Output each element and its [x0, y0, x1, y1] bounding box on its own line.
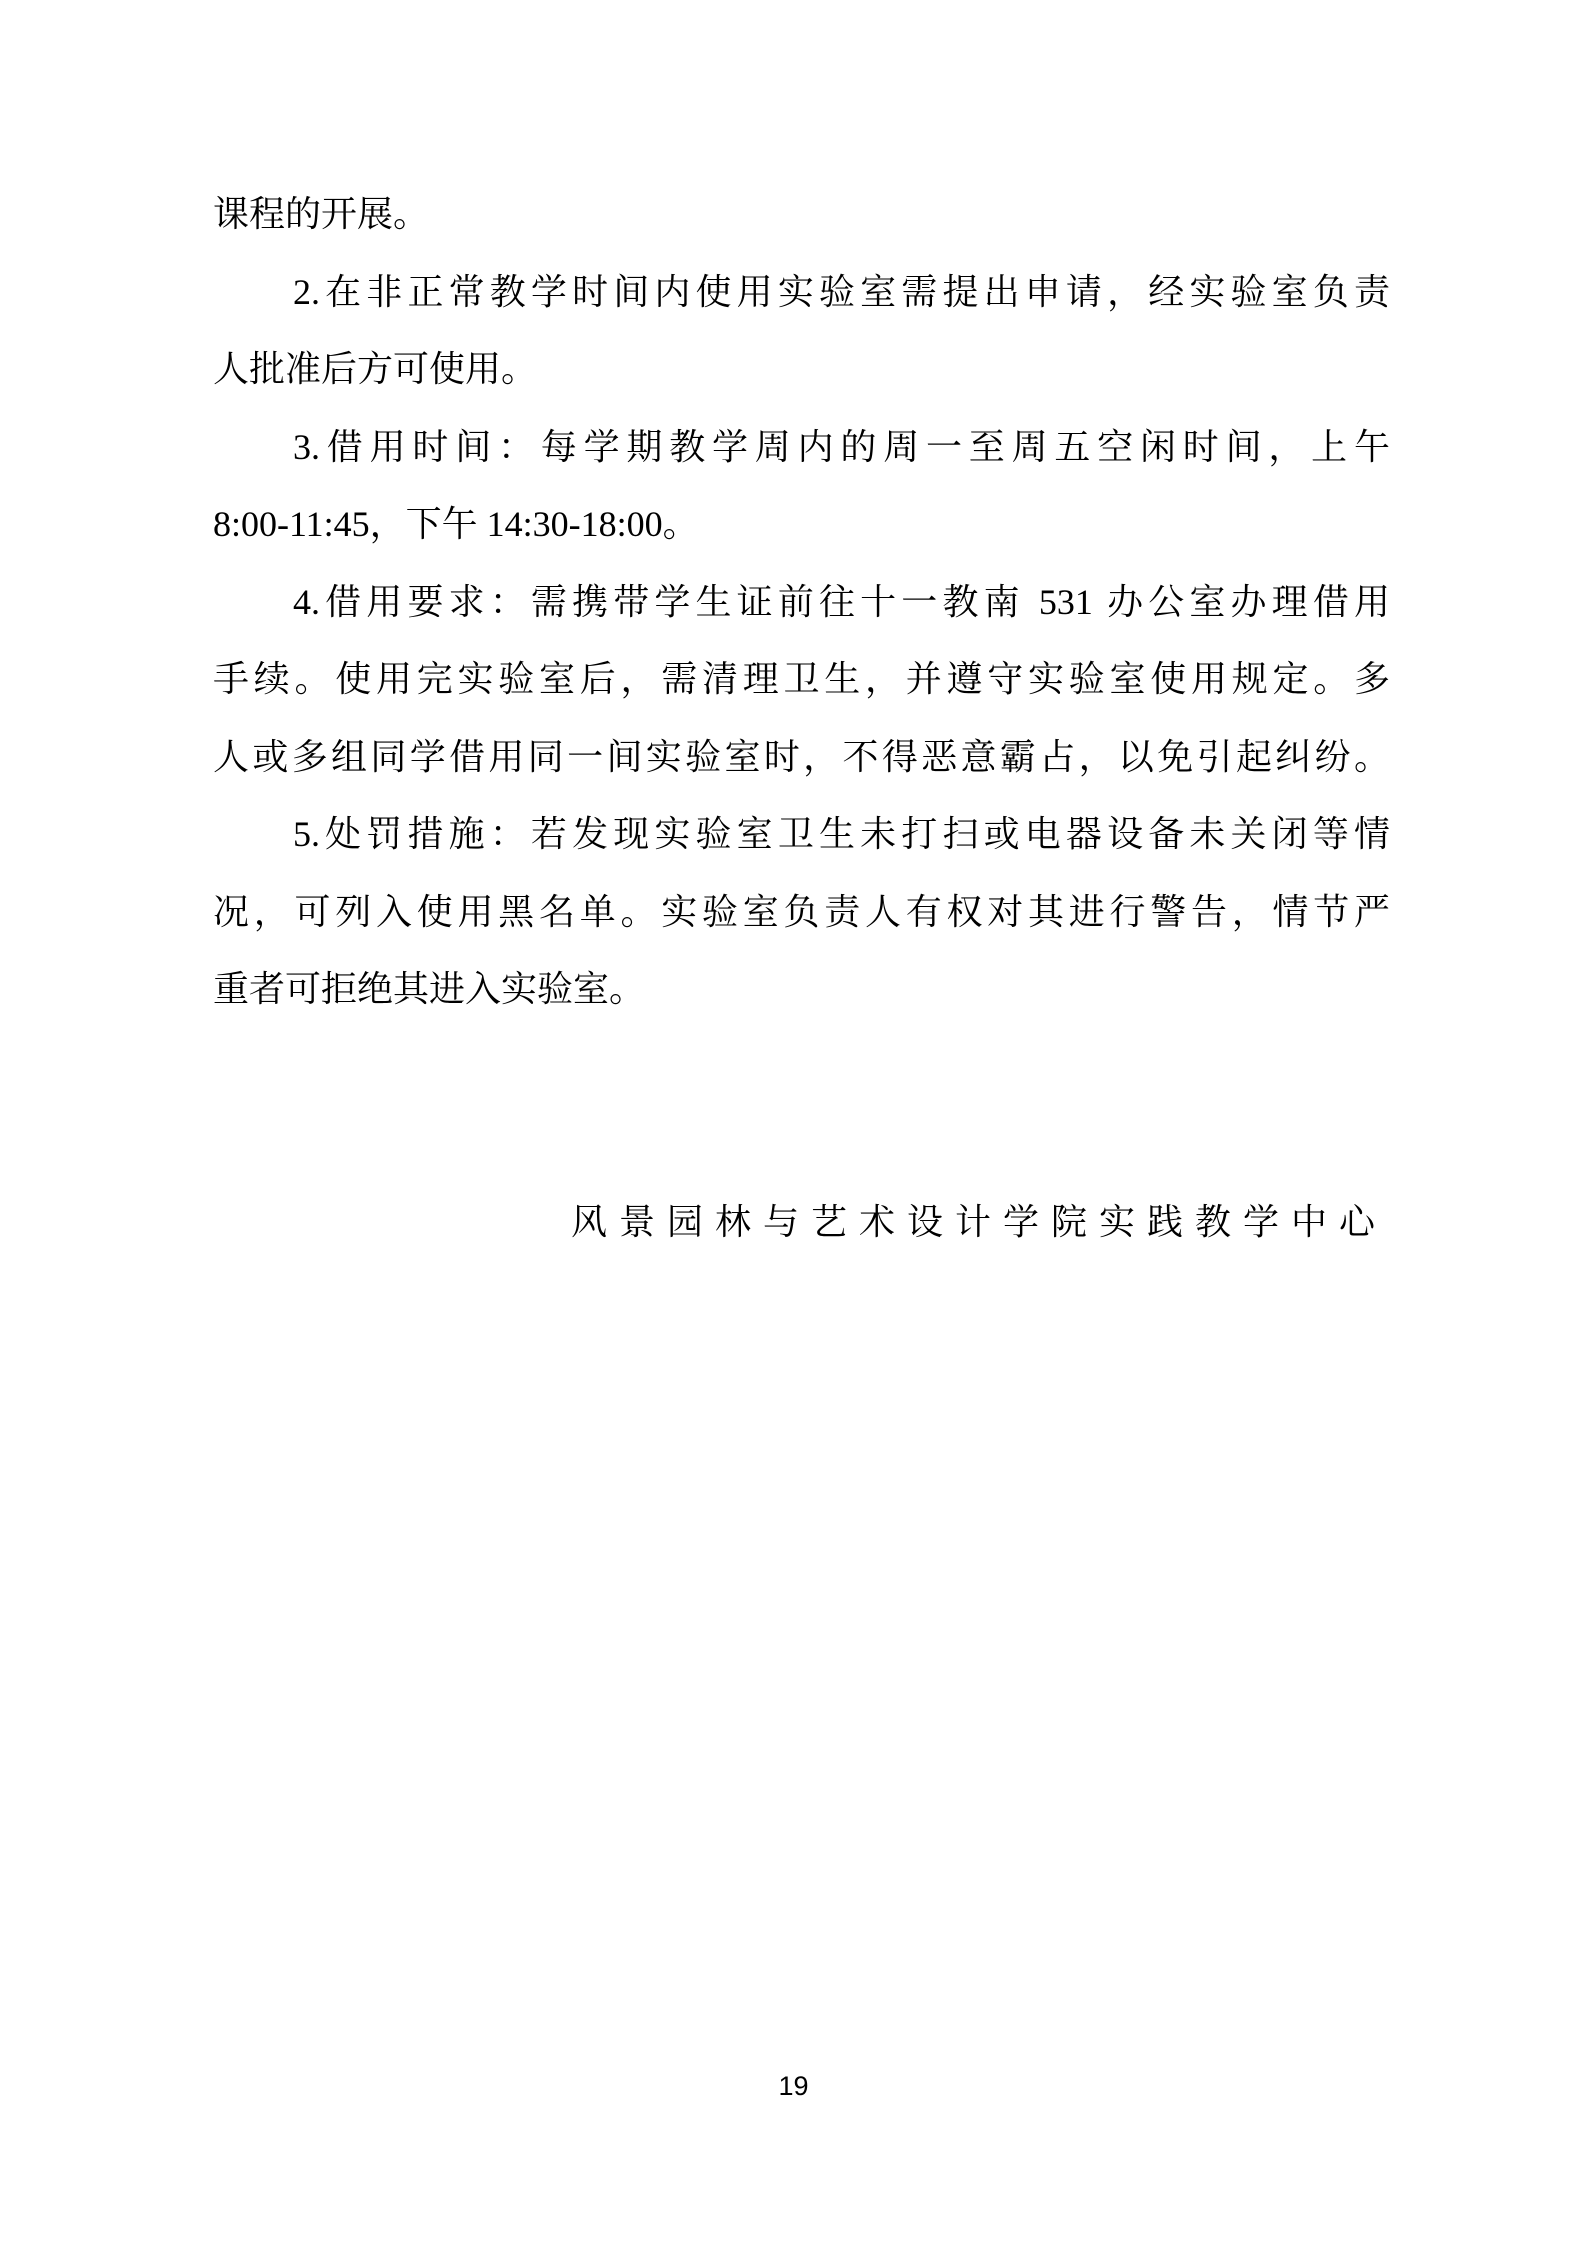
- text-line: 2.在非正常教学时间内使用实验室需提出申请，经实验室负责: [213, 254, 1390, 332]
- text-line: 4.借用要求：需携带学生证前往十一教南 531 办公室办理借用: [213, 564, 1390, 642]
- document-page: 课程的开展。2.在非正常教学时间内使用实验室需提出申请，经实验室负责人批准后方可…: [0, 0, 1587, 2245]
- text-line: 5.处罚措施：若发现实验室卫生未打扫或电器设备未关闭等情: [213, 796, 1390, 874]
- text-line: 3.借用时间：每学期教学周内的周一至周五空闲时间，上午: [213, 409, 1390, 487]
- document-body: 课程的开展。2.在非正常教学时间内使用实验室需提出申请，经实验室负责人批准后方可…: [213, 176, 1390, 1029]
- text-line: 况，可列入使用黑名单。实验室负责人有权对其进行警告，情节严: [213, 874, 1390, 952]
- text-line: 课程的开展。: [213, 176, 1390, 254]
- text-line: 手续。使用完实验室后，需清理卫生，并遵守实验室使用规定。多: [213, 641, 1390, 719]
- page-number: 19: [0, 2068, 1587, 2104]
- text-line: 人或多组同学借用同一间实验室时，不得恶意霸占，以免引起纠纷。: [213, 719, 1390, 797]
- text-line: 重者可拒绝其进入实验室。: [213, 951, 1390, 1029]
- text-line: 8:00-11:45，下午 14:30-18:00。: [213, 486, 1390, 564]
- text-line: 人批准后方可使用。: [213, 331, 1390, 409]
- signature-line: 风景园林与艺术设计学院实践教学中心: [571, 1184, 1387, 1262]
